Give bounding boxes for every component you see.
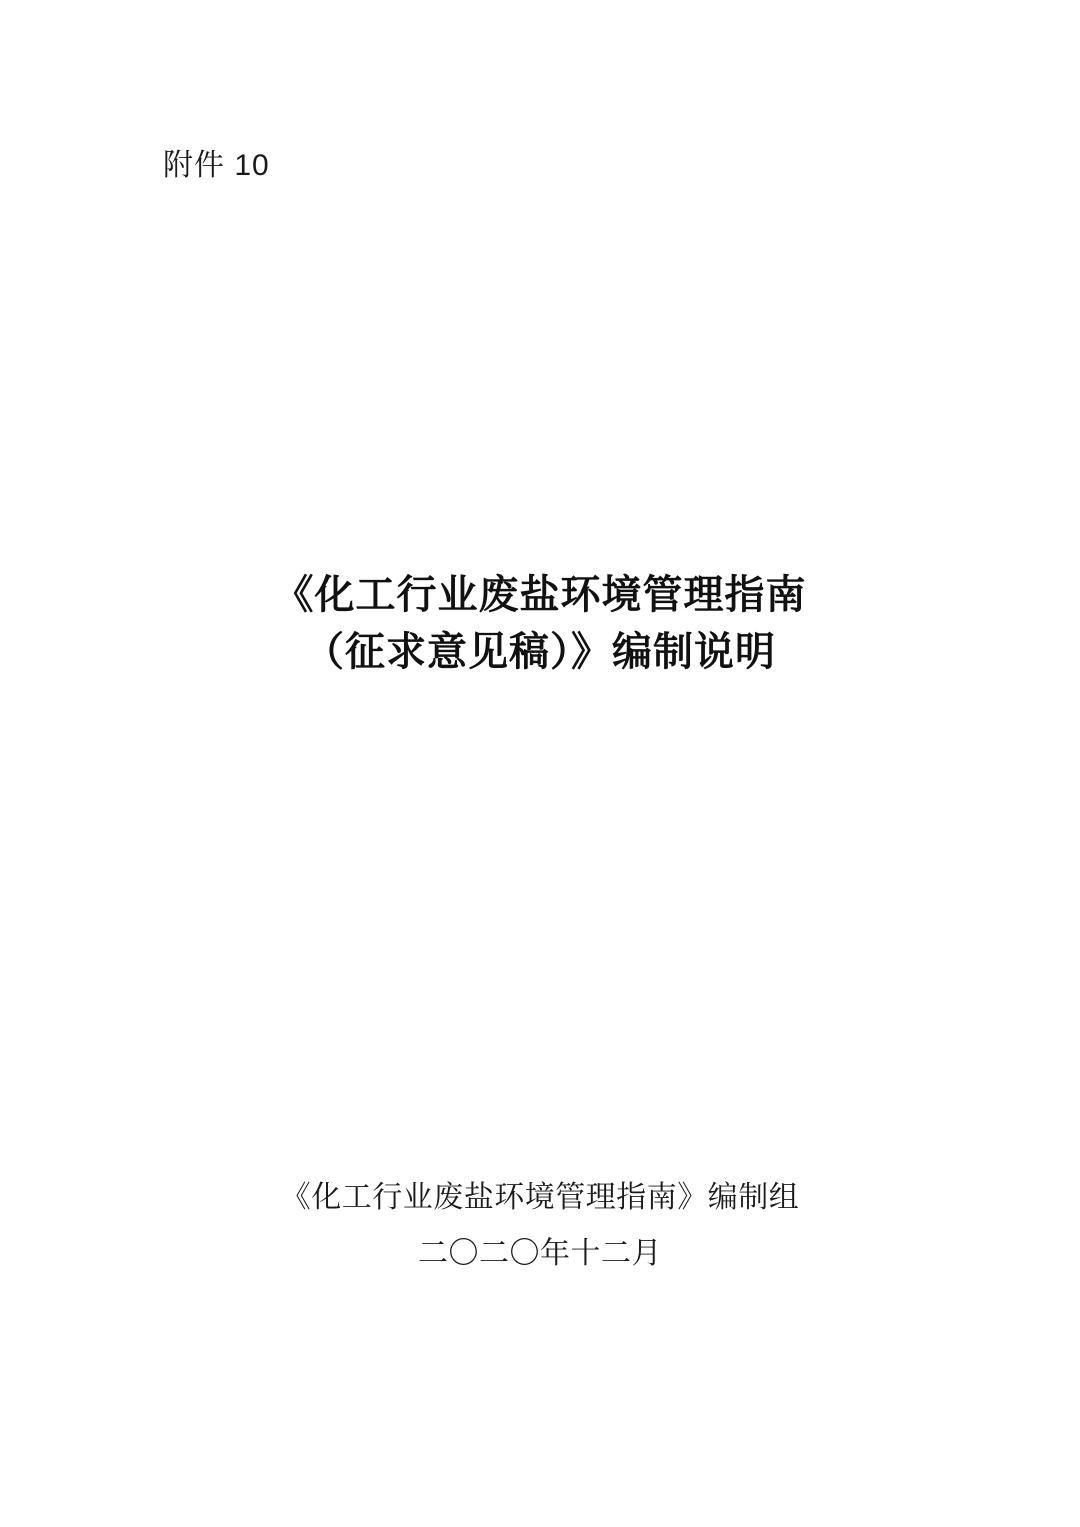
document-title-line-2: （征求意见稿）》编制说明 <box>0 623 1080 680</box>
attachment-label: 附件 10 <box>163 148 270 184</box>
document-title: 《化工行业废盐环境管理指南 （征求意见稿）》编制说明 <box>0 566 1080 680</box>
compilation-group-line: 《化工行业废盐环境管理指南》编制组 <box>0 1170 1080 1226</box>
document-title-line-1: 《化工行业废盐环境管理指南 <box>0 566 1080 623</box>
document-cover-page: 附件 10 《化工行业废盐环境管理指南 （征求意见稿）》编制说明 《化工行业废盐… <box>0 0 1080 1527</box>
cover-footer: 《化工行业废盐环境管理指南》编制组 二〇二〇年十二月 <box>0 1170 1080 1282</box>
date-line: 二〇二〇年十二月 <box>0 1226 1080 1282</box>
